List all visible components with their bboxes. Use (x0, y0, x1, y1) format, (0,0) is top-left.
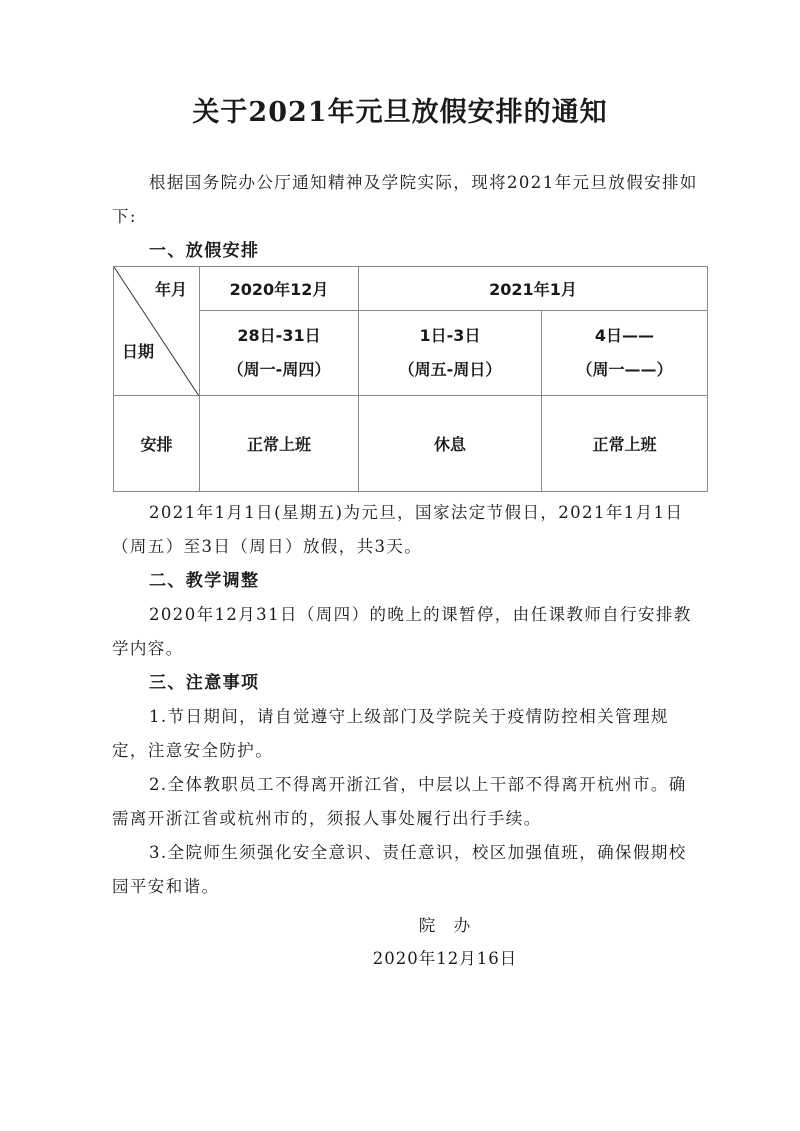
holiday-note-paragraph: 2021年1月1日(星期五)为元旦，国家法定节假日，2021年1月1日（周五）至… (112, 496, 704, 564)
intro-paragraph: 根据国务院办公厅通知精神及学院实际，现将2021年元旦放假安排如下: (112, 166, 704, 234)
notice-item-2: 2.全体教职员工不得离开浙江省，中层以上干部不得离开杭州市。确需离开浙江省或杭州… (112, 768, 704, 836)
arrangement-cell-2: 休息 (359, 396, 542, 492)
period-weekdays: （周一——） (542, 353, 707, 387)
period-dates: 28日-31日 (200, 319, 358, 353)
period-dates: 1日-3日 (359, 319, 541, 353)
period-weekdays: （周一-周四） (200, 353, 358, 387)
period-cell-3: 4日—— （周一——） (542, 311, 708, 396)
arrangement-cell-1: 正常上班 (200, 396, 359, 492)
row-label-arrangement: 安排 (114, 396, 200, 492)
document-title: 关于2021年元旦放假安排的通知 (0, 90, 800, 129)
month-header-jan-2021: 2021年1月 (359, 267, 708, 311)
section-2-heading: 二、教学调整 (112, 564, 704, 598)
period-cell-2: 1日-3日 （周五-周日） (359, 311, 542, 396)
period-dates: 4日—— (542, 319, 707, 353)
issuer-signature: 院 办 (0, 912, 800, 936)
period-cell-1: 28日-31日 （周一-周四） (200, 311, 359, 396)
notice-item-3: 3.全院师生须强化安全意识、责任意识，校区加强值班，确保假期校园平安和谐。 (112, 836, 704, 904)
arrangement-cell-3: 正常上班 (542, 396, 708, 492)
notice-item-1: 1.节日期间，请自觉遵守上级部门及学院关于疫情防控相关管理规定，注意安全防护。 (112, 700, 704, 768)
month-header-dec-2020: 2020年12月 (200, 267, 359, 311)
section-1-heading: 一、放假安排 (112, 234, 704, 268)
issue-date: 2020年12月16日 (0, 945, 800, 969)
corner-label-date: 日期 (122, 339, 154, 362)
corner-label-month: 年月 (155, 277, 187, 300)
holiday-schedule-table: 年月 日期 2020年12月 2021年1月 28日-31日 （周一-周四） 1… (113, 266, 708, 492)
table-corner-cell: 年月 日期 (114, 267, 200, 396)
period-weekdays: （周五-周日） (359, 353, 541, 387)
section-3-heading: 三、注意事项 (112, 666, 704, 700)
teaching-adjustment-paragraph: 2020年12月31日（周四）的晚上的课暂停，由任课教师自行安排教学内容。 (112, 598, 704, 666)
